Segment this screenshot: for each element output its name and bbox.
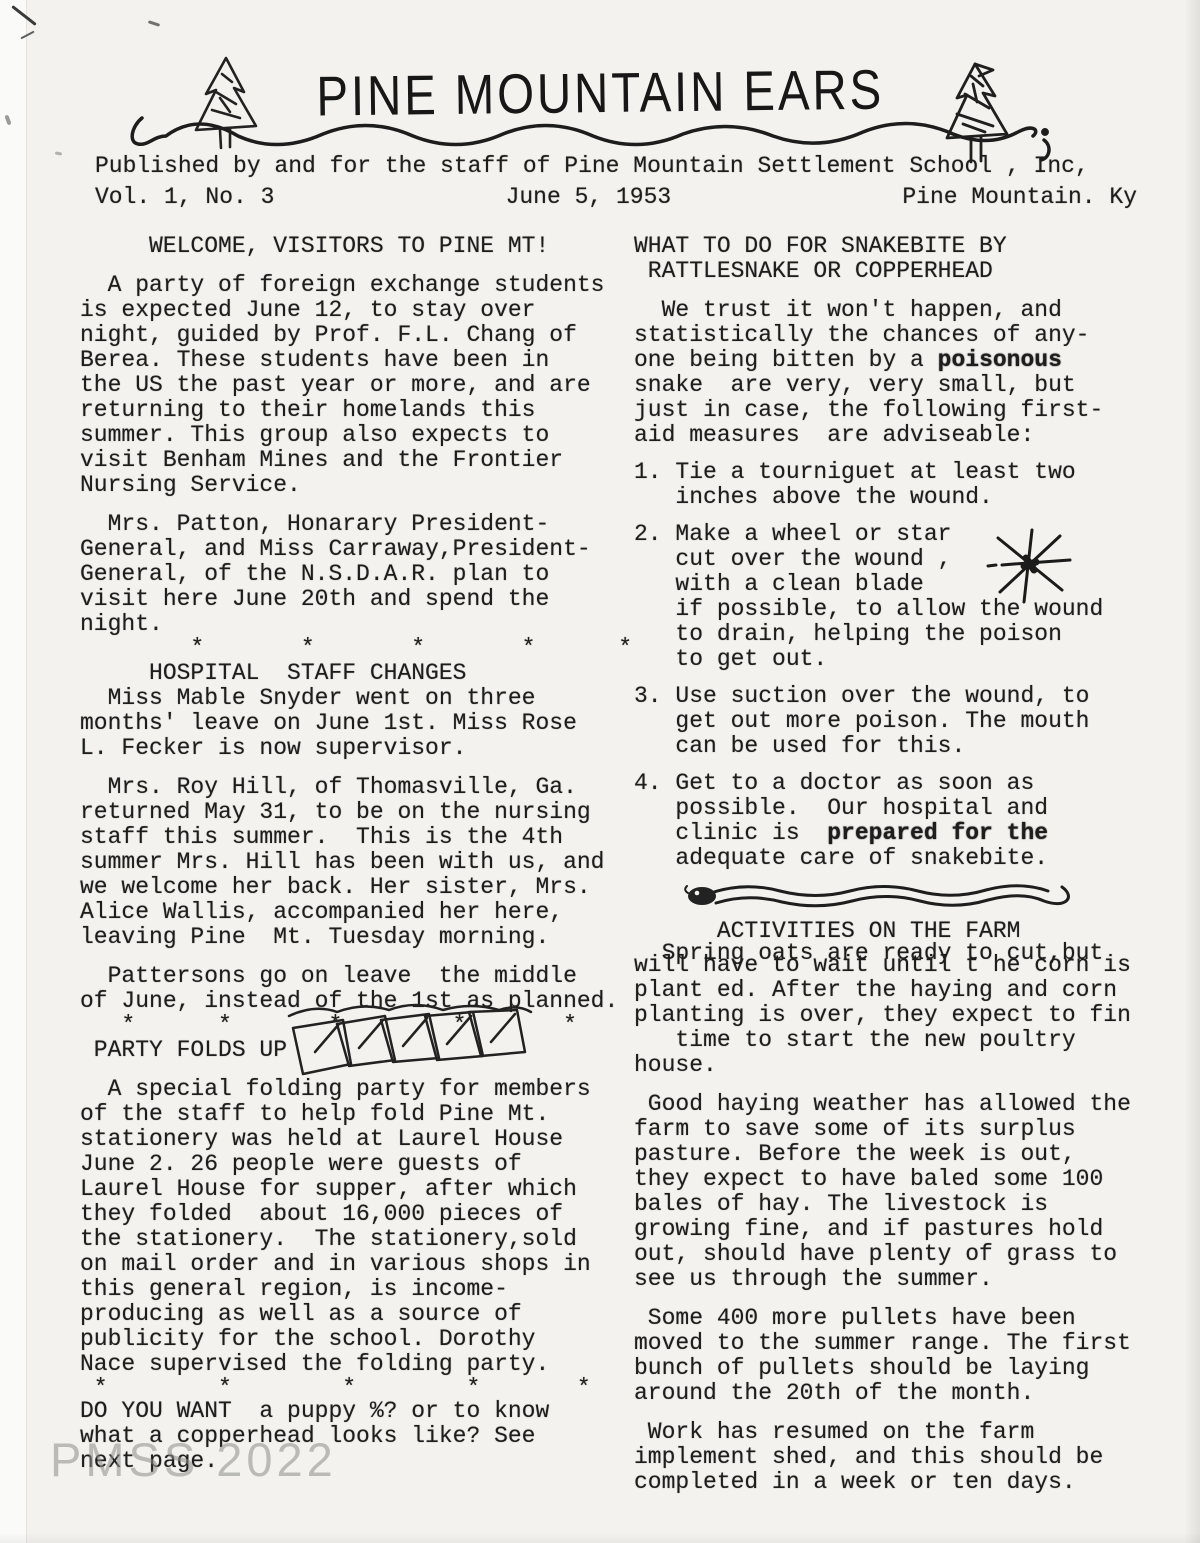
text-line: summer. This group also expects to [80, 423, 642, 448]
text-line: bunch of pullets should be laying [634, 1356, 1190, 1381]
text-line: one being bitten by a poisonous [634, 348, 1190, 373]
text-line: time to start the new poultry [634, 1028, 1190, 1053]
text-line: if possible, to allow the wound [634, 597, 1190, 622]
text-line: stationery was held at Laurel House [80, 1127, 642, 1152]
emphasized-text: poisonous [938, 347, 1062, 373]
block-para: A special folding party for membersof th… [80, 1077, 642, 1377]
text-line: producing as well as a source of [80, 1302, 642, 1327]
text-line: can be used for this. [634, 734, 1190, 759]
text-line: General, of the N.S.D.A.R. plan to [80, 562, 642, 587]
text-line: Alice Wallis, accompanied her here, [80, 900, 642, 925]
snake-doodle [684, 877, 1084, 919]
issue-date: June 5, 1953 [506, 184, 672, 210]
text-line: * * * * * [80, 1377, 642, 1399]
newsletter-title: PINE MOUNTAIN EARS [316, 57, 884, 129]
text-line: see us through the summer. [634, 1267, 1190, 1292]
text-line: 1. Tie a tourniguet at least two [634, 460, 1190, 485]
text-line: 2. Make a wheel or star [634, 522, 1190, 547]
block-para: Work has resumed on the farmimplement sh… [634, 1420, 1190, 1495]
text-line: Miss Mable Snyder went on three [80, 686, 642, 711]
text-line: publicity for the school. Dorothy [80, 1327, 642, 1352]
folded-papers-doodle [285, 1002, 535, 1087]
text-line: Mrs. Roy Hill, of Thomasville, Ga. [80, 775, 642, 800]
text-line: statistically the chances of any- [634, 323, 1190, 348]
text-line: they expect to have baled some 100 [634, 1167, 1190, 1192]
text-line: aid measures are adviseable: [634, 423, 1190, 448]
issue-meta-row: Vol. 1, No. 3 June 5, 1953 Pine Mountain… [95, 184, 1137, 210]
text-line: bales of hay. The livestock is [634, 1192, 1190, 1217]
block-para: Spring oats are ready to cut,butwill hav… [634, 944, 1190, 1078]
text-line: 3. Use suction over the wound, to [634, 684, 1190, 709]
text-line: Mrs. Patton, Honarary President- [80, 512, 642, 537]
newsletter-page: PINE MOUNTAIN EARS Published by and for … [0, 0, 1200, 1543]
block-item: 4. Get to a doctor as soon as possible. … [634, 771, 1190, 871]
section-heading: HOSPITAL STAFF CHANGES [80, 661, 642, 686]
left-column: WELCOME, VISITORS TO PINE MT! A party of… [80, 232, 642, 1474]
text-line: to get out. [634, 647, 1190, 672]
text-line: returned May 31, to be on the nursing [80, 800, 642, 825]
issue-place: Pine Mountain. Ky [902, 184, 1137, 210]
block-snake [684, 877, 1190, 917]
text-line: Nursing Service. [80, 473, 642, 498]
text-line: Nace supervised the folding party. [80, 1352, 642, 1377]
watermark: PMSS 2022 [50, 1432, 337, 1487]
heading-line: RATTLESNAKE OR COPPERHEAD [634, 259, 1190, 284]
text-line: implement shed, and this should be [634, 1445, 1190, 1470]
block-para: Mrs. Roy Hill, of Thomasville, Ga.return… [80, 775, 642, 950]
text-line: DO YOU WANT a puppy %? or to know [80, 1399, 642, 1424]
text-line: get out more poison. The mouth [634, 709, 1190, 734]
block-para: A party of foreign exchange studentsis e… [80, 273, 642, 498]
scan-edge-bottom [0, 1533, 1200, 1543]
section-heading: PARTY FOLDS UP [80, 1038, 642, 1063]
heading-line: WELCOME, VISITORS TO PINE MT! [80, 234, 642, 259]
text-line: leaving Pine Mt. Tuesday morning. [80, 925, 642, 950]
text-line: Good haying weather has allowed the [634, 1092, 1190, 1117]
block-para: Good haying weather has allowed thefarm … [634, 1092, 1190, 1292]
block-para: Some 400 more pullets have beenmoved to … [634, 1306, 1190, 1406]
text-line: farm to save some of its surplus [634, 1117, 1190, 1142]
masthead: PINE MOUNTAIN EARS Published by and for … [0, 0, 1200, 232]
block-para: Mrs. Patton, Honarary President-General,… [80, 512, 642, 637]
text-line: General, and Miss Carraway,President- [80, 537, 642, 562]
text-line: is expected June 12, to stay over [80, 298, 642, 323]
text-line: A party of foreign exchange students [80, 273, 642, 298]
block-item: 3. Use suction over the wound, to get ou… [634, 684, 1190, 759]
text-line: just in case, the following first- [634, 398, 1190, 423]
text-line: Pattersons go on leave the middle [80, 964, 642, 989]
text-line: night, guided by Prof. F.L. Chang of [80, 323, 642, 348]
text-line: possible. Our hospital and [634, 796, 1190, 821]
text-line: returning to their homelands this [80, 398, 642, 423]
text-line: * * * * * [80, 637, 642, 659]
text-line: planting is over, they expect to fin [634, 1003, 1190, 1028]
text-line: they folded about 16,000 pieces of [80, 1202, 642, 1227]
text-line: to drain, helping the poison [634, 622, 1190, 647]
star-cut-doodle [982, 526, 1077, 606]
text-line: clinic is prepared for the [634, 821, 1190, 846]
right-column: WHAT TO DO FOR SNAKEBITE BY RATTLESNAKE … [634, 232, 1190, 1495]
block-para: Miss Mable Snyder went on threemonths' l… [80, 686, 642, 761]
text-line: on mail order and in various shops in [80, 1252, 642, 1277]
text-line: snake are very, very small, but [634, 373, 1190, 398]
text-line: staff this summer. This is the 4th [80, 825, 642, 850]
text-line: plant ed. After the haying and corn [634, 978, 1190, 1003]
block-separator: * * * * * [80, 1377, 642, 1399]
text-line: around the 20th of the month. [634, 1381, 1190, 1406]
text-line: Berea. These students have been in [80, 348, 642, 373]
block-item: 1. Tie a tourniguet at least two inches … [634, 460, 1190, 510]
section-heading: WELCOME, VISITORS TO PINE MT! [80, 234, 642, 259]
block-para: We trust it won't happen, andstatistical… [634, 298, 1190, 448]
text-line: the stationery. The stationery,sold [80, 1227, 642, 1252]
text-line: house. [634, 1053, 1190, 1078]
text-line: Some 400 more pullets have been [634, 1306, 1190, 1331]
text-line: pasture. Before the week is out, [634, 1142, 1190, 1167]
text-line: We trust it won't happen, and [634, 298, 1190, 323]
text-line: with a clean blade [634, 572, 1190, 597]
text-line: night. [80, 612, 642, 637]
text-line: of the staff to help fold Pine Mt. [80, 1102, 642, 1127]
text-line: 4. Get to a doctor as soon as [634, 771, 1190, 796]
text-line: completed in a week or ten days. [634, 1470, 1190, 1495]
text-line: summer Mrs. Hill has been with us, and [80, 850, 642, 875]
text-line: we welcome her back. Her sister, Mrs. [80, 875, 642, 900]
heading-line: HOSPITAL STAFF CHANGES [80, 661, 642, 686]
section-heading: WHAT TO DO FOR SNAKEBITE BY RATTLESNAKE … [634, 234, 1190, 284]
text-line: June 2. 26 people were guests of [80, 1152, 642, 1177]
block-item: 2. Make a wheel or star cut over the wou… [634, 522, 1190, 672]
text-line: moved to the summer range. The first [634, 1331, 1190, 1356]
emphasized-text: prepared for the [827, 820, 1048, 846]
text-line: cut over the wound , [634, 547, 1190, 572]
text-line: out, should have plenty of grass to [634, 1242, 1190, 1267]
text-line: L. Fecker is now supervisor. [80, 736, 642, 761]
volume-number: Vol. 1, No. 3 [95, 184, 274, 210]
text-line: this general region, is income- [80, 1277, 642, 1302]
block-separator: * * * * * [80, 637, 642, 659]
text-line: months' leave on June 1st. Miss Rose [80, 711, 642, 736]
text-line: visit Benham Mines and the Frontier [80, 448, 642, 473]
text-line: adequate care of snakebite. [634, 846, 1190, 871]
text-line: Laurel House for supper, after which [80, 1177, 642, 1202]
text-line: growing fine, and if pastures hold [634, 1217, 1190, 1242]
published-line: Published by and for the staff of Pine M… [95, 153, 1089, 179]
text-line: visit here June 20th and spend the [80, 587, 642, 612]
text-line: inches above the wound. [634, 485, 1190, 510]
text-line: Work has resumed on the farm [634, 1420, 1190, 1445]
heading-line: WHAT TO DO FOR SNAKEBITE BY [634, 234, 1190, 259]
text-line: the US the past year or more, and are [80, 373, 642, 398]
text-line: Spring oats are ready to cut,but [634, 941, 1190, 966]
